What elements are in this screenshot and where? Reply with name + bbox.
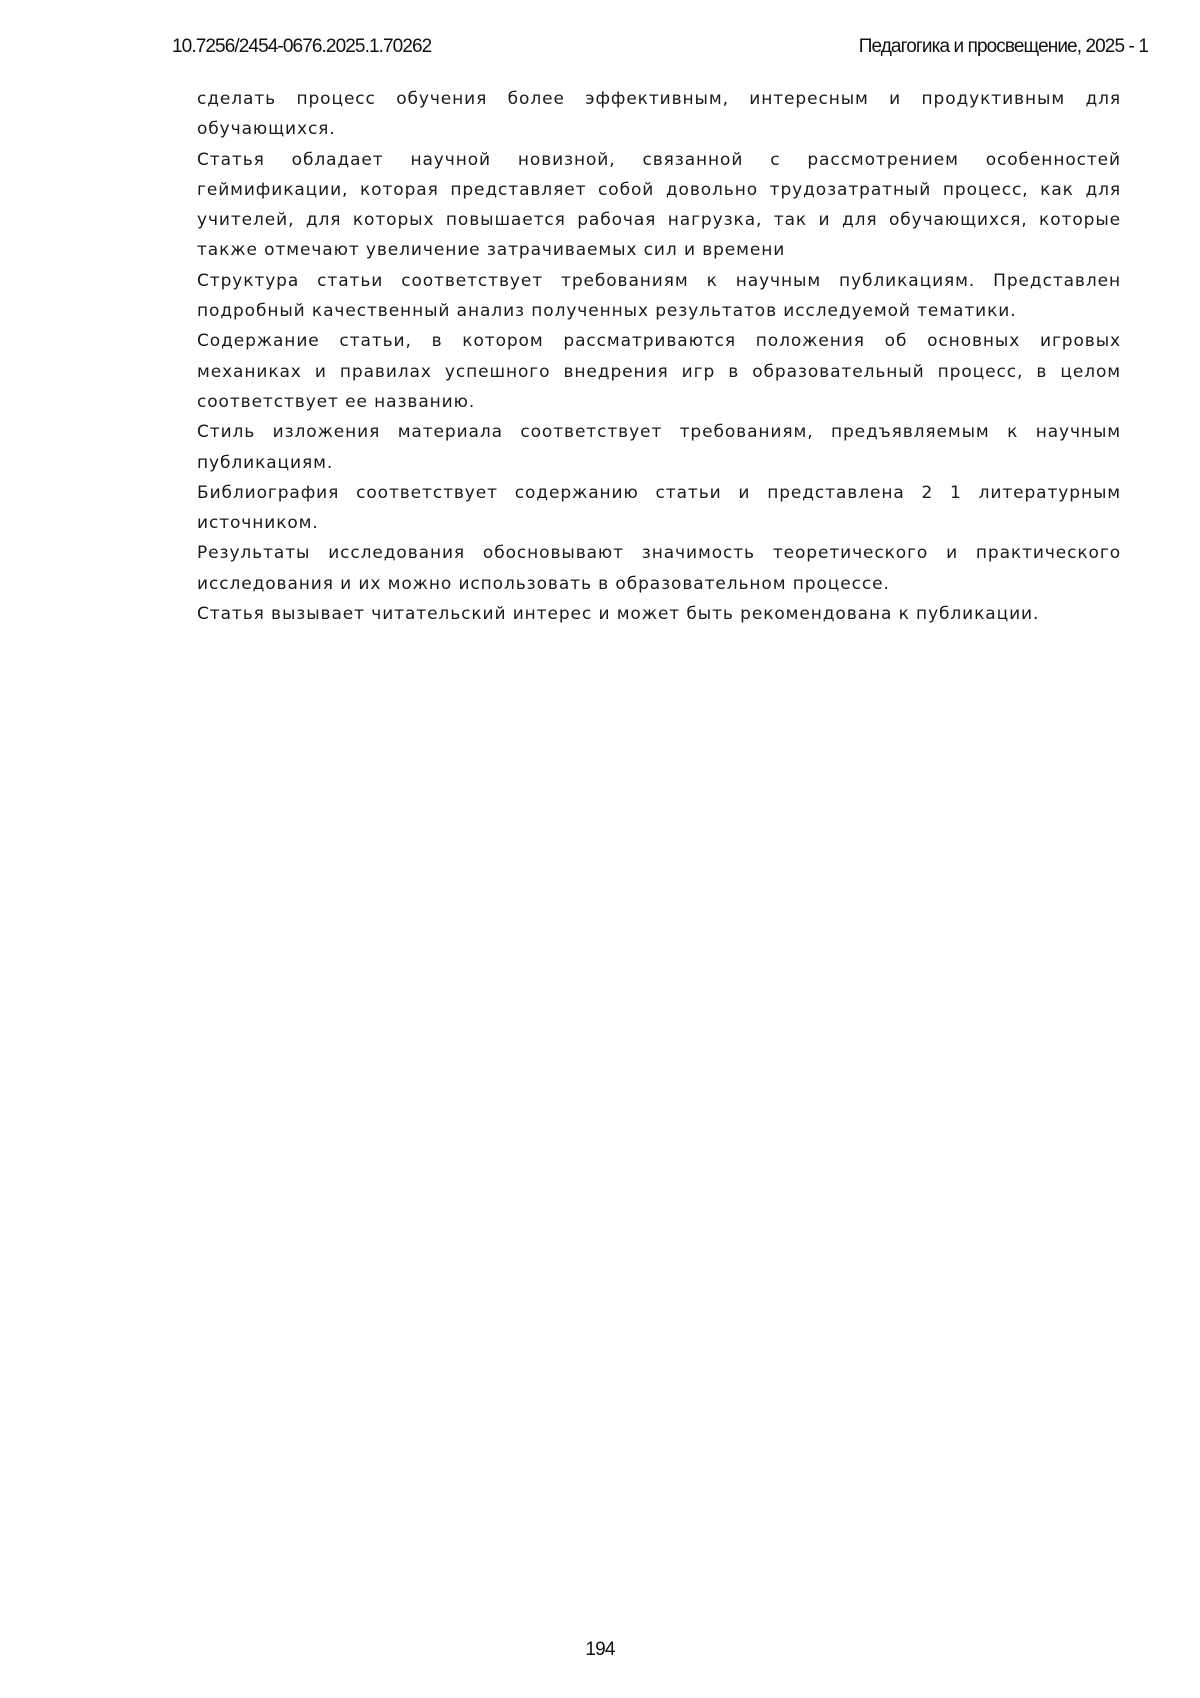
paragraph-content: Содержание статьи, в котором рассматрива… xyxy=(197,326,1121,417)
paragraph-style: Стиль изложения материала соответствует … xyxy=(197,417,1121,478)
paragraph-novelty: Статья обладает научной новизной, связан… xyxy=(197,145,1121,266)
page-number: 194 xyxy=(0,1639,1200,1661)
paragraph-results: Результаты исследования обосновывают зна… xyxy=(197,538,1121,599)
article-body: сделать процесс обучения более эффективн… xyxy=(197,84,1121,629)
paragraph-conclusion: Статья вызывает читательский интерес и м… xyxy=(197,599,1121,629)
paragraph-continuation: сделать процесс обучения более эффективн… xyxy=(197,84,1121,145)
page-header: 10.7256/2454-0676.2025.1.70262 Педагогик… xyxy=(172,36,1148,62)
paragraph-structure: Структура статьи соответствует требовани… xyxy=(197,266,1121,327)
doi-label: 10.7256/2454-0676.2025.1.70262 xyxy=(172,36,431,58)
journal-title: Педагогика и просвещение, 2025 - 1 xyxy=(859,36,1148,58)
paragraph-bibliography: Библиография соответствует содержанию ст… xyxy=(197,478,1121,539)
